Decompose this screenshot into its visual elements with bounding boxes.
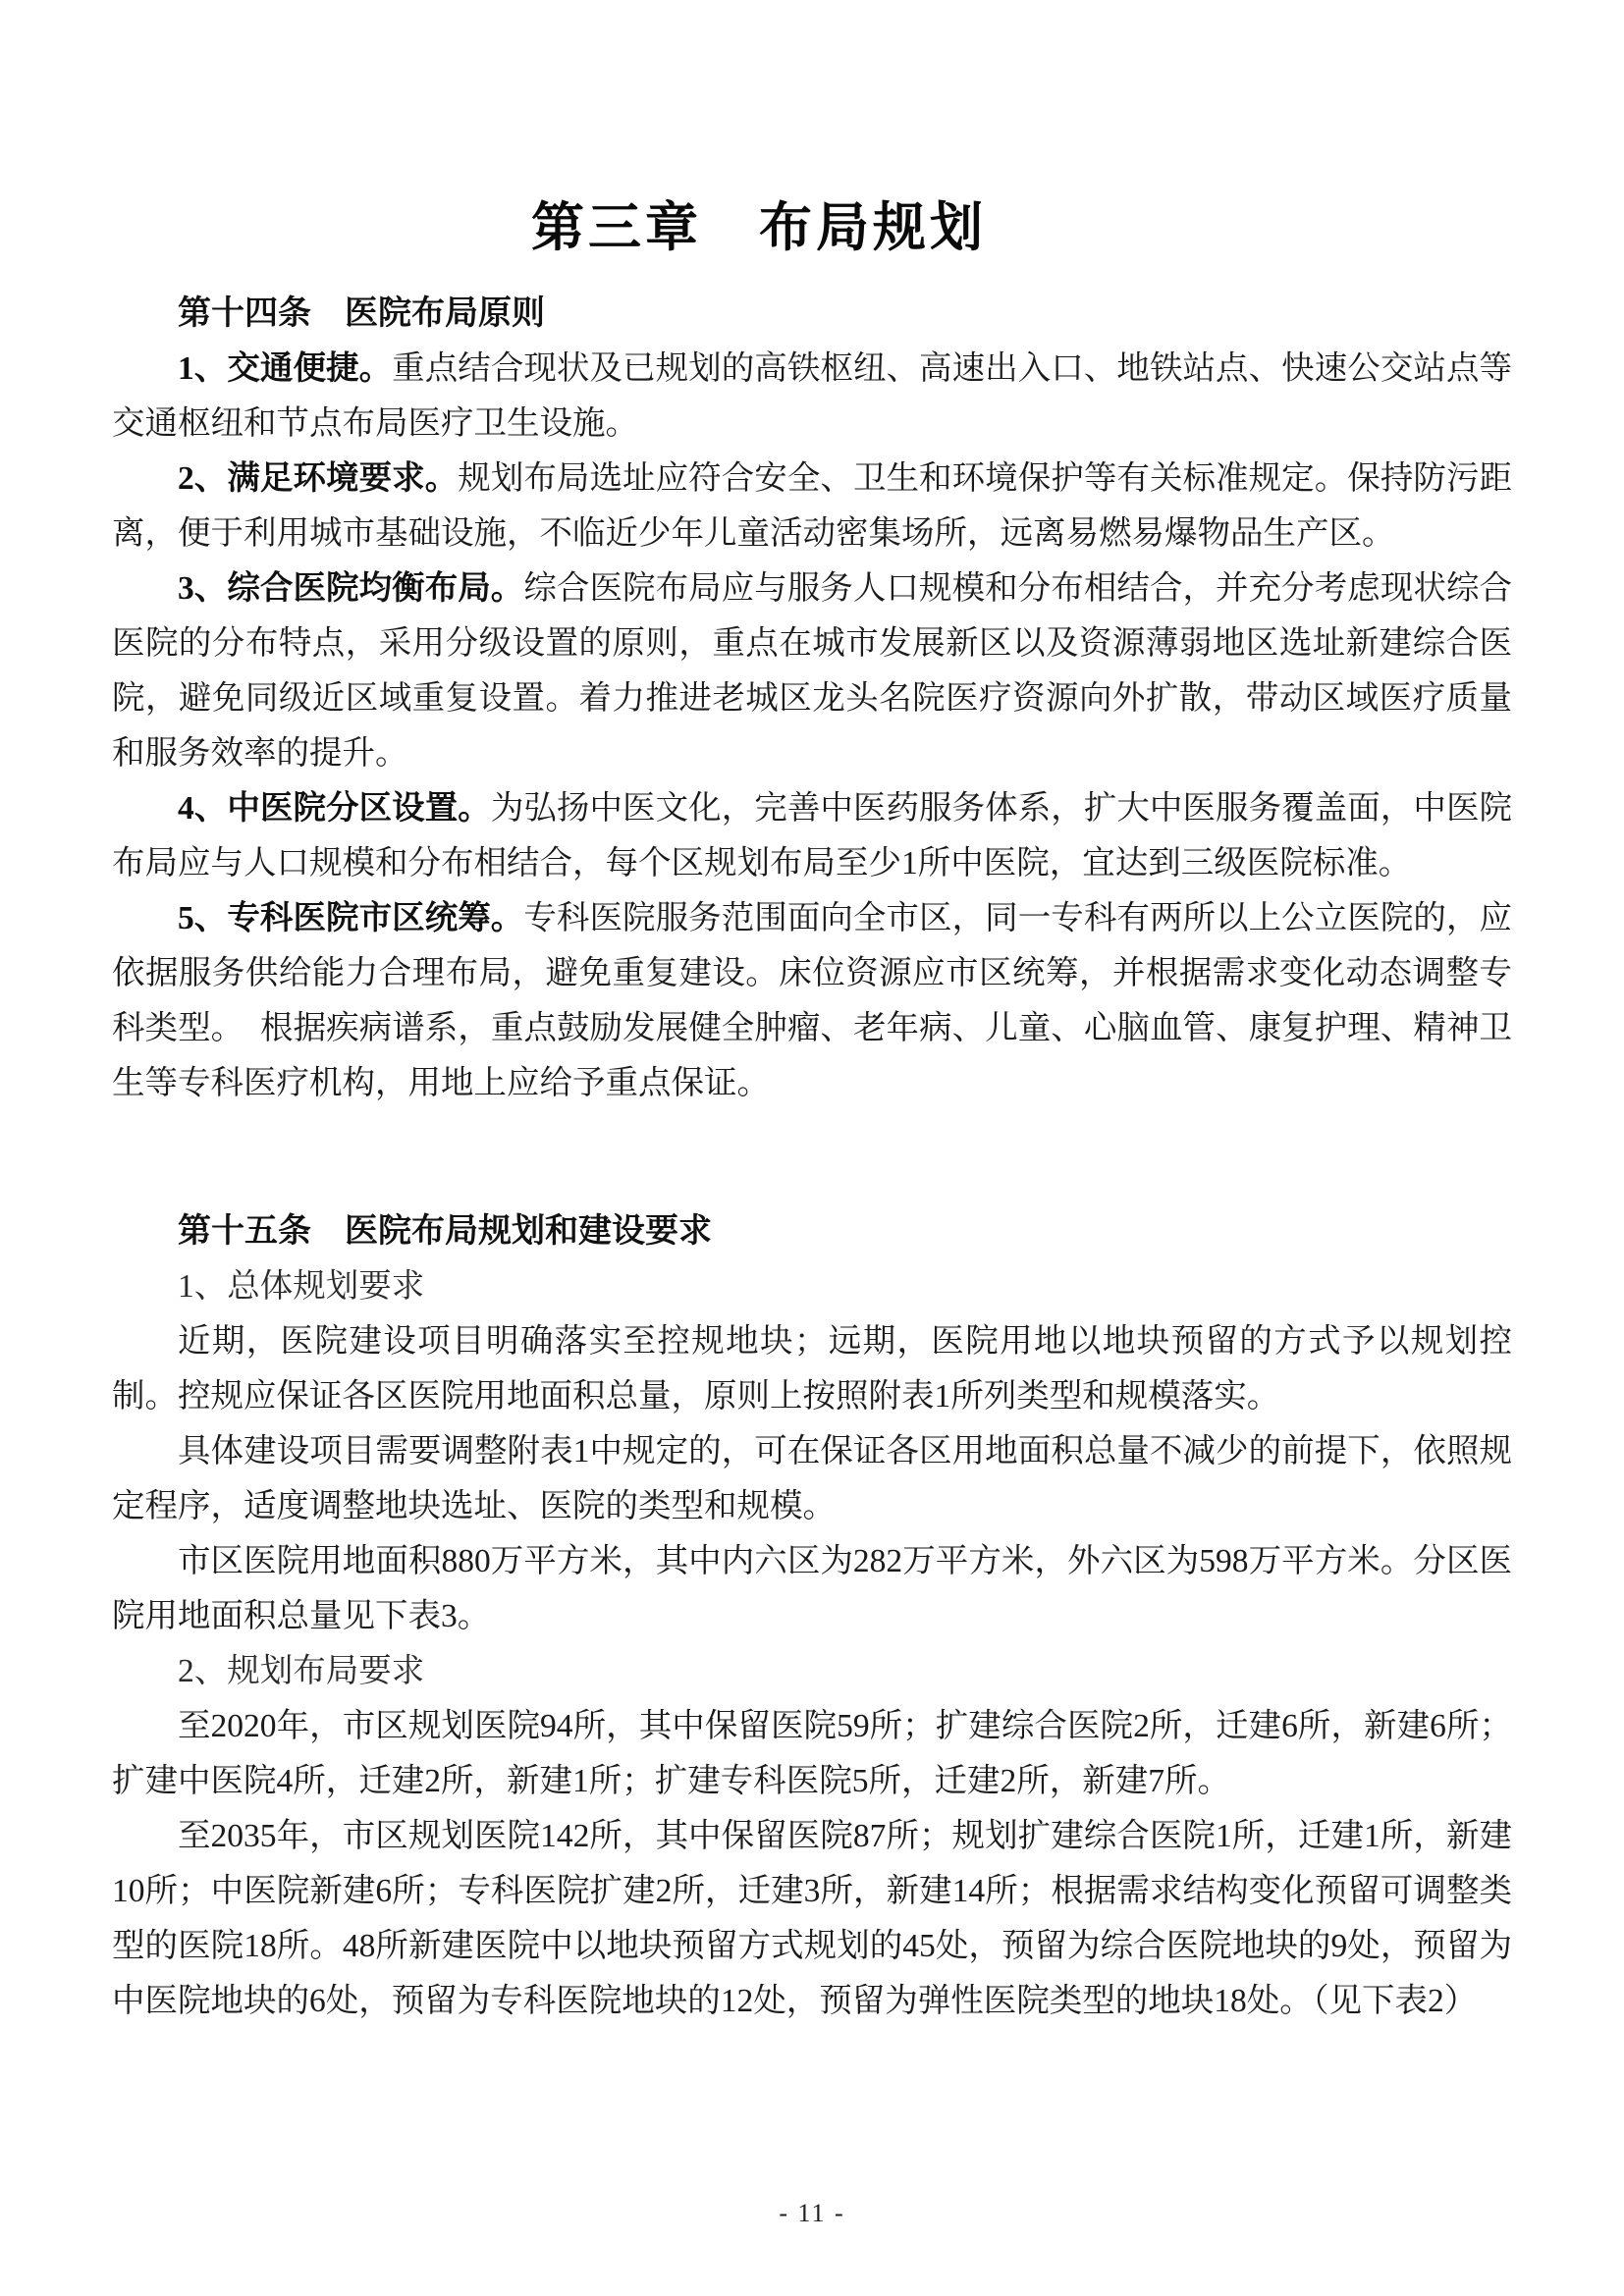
principle-item-2: 2、满足环境要求。规划布局选址应符合安全、卫生和环境保护等有关标准规定。保持防污… — [112, 452, 1512, 561]
article-14-heading: 第十四条 医院布局原则 — [112, 287, 1512, 342]
principle-3-lead: 3、综合医院均衡布局。 — [178, 570, 523, 607]
principle-item-5: 5、专科医院市区统筹。专科医院服务范围面向全市区，同一专科有两所以上公立医院的，… — [112, 891, 1512, 1111]
principle-item-4: 4、中医院分区设置。为弘扬中医文化，完善中医药服务体系，扩大中医服务覆盖面，中医… — [112, 781, 1512, 891]
article-15-section: 第十五条 医院布局规划和建设要求 1、总体规划要求 近期，医院建设项目明确落实至… — [112, 1204, 1512, 2029]
chapter-title: 第三章 布局规划 — [59, 0, 1459, 261]
sub-heading-layout-requirements: 2、规划布局要求 — [112, 1644, 1512, 1699]
article-14-section: 第十四条 医院布局原则 1、交通便捷。重点结合现状及已规划的高铁枢纽、高速出入口… — [112, 287, 1512, 1111]
layout-requirements-paragraph-1: 至2020年，市区规划医院94所，其中保留医院59所；扩建综合医院2所，迁建6所… — [112, 1699, 1512, 1809]
document-content: 第三章 布局规划 第十四条 医院布局原则 1、交通便捷。重点结合现状及已规划的高… — [0, 0, 1624, 2029]
document-page: 第三章 布局规划 第十四条 医院布局原则 1、交通便捷。重点结合现状及已规划的高… — [0, 0, 1624, 2296]
overall-planning-paragraph-3: 市区医院用地面积880万平方米，其中内六区为282万平方米，外六区为598万平方… — [112, 1534, 1512, 1644]
principle-2-lead: 2、满足环境要求。 — [178, 460, 458, 497]
principle-5-lead: 5、专科医院市区统筹。 — [178, 900, 523, 936]
sub-heading-overall-planning: 1、总体规划要求 — [112, 1259, 1512, 1314]
principle-item-1: 1、交通便捷。重点结合现状及已规划的高铁枢纽、高速出入口、地铁站点、快速公交站点… — [112, 342, 1512, 452]
page-number: - 11 - — [0, 2199, 1624, 2228]
article-15-heading: 第十五条 医院布局规划和建设要求 — [112, 1204, 1512, 1259]
principle-item-3: 3、综合医院均衡布局。综合医院布局应与服务人口规模和分布相结合，并充分考虑现状综… — [112, 561, 1512, 781]
layout-requirements-paragraph-2: 至2035年，市区规划医院142所，其中保留医院87所；规划扩建综合医院1所，迁… — [112, 1809, 1512, 2029]
overall-planning-paragraph-1: 近期，医院建设项目明确落实至控规地块；远期，医院用地以地块预留的方式予以规划控制… — [112, 1314, 1512, 1424]
overall-planning-paragraph-2: 具体建设项目需要调整附表1中规定的，可在保证各区用地面积总量不减少的前提下，依照… — [112, 1424, 1512, 1534]
principle-4-lead: 4、中医院分区设置。 — [178, 790, 491, 827]
principle-1-lead: 1、交通便捷。 — [178, 350, 392, 387]
